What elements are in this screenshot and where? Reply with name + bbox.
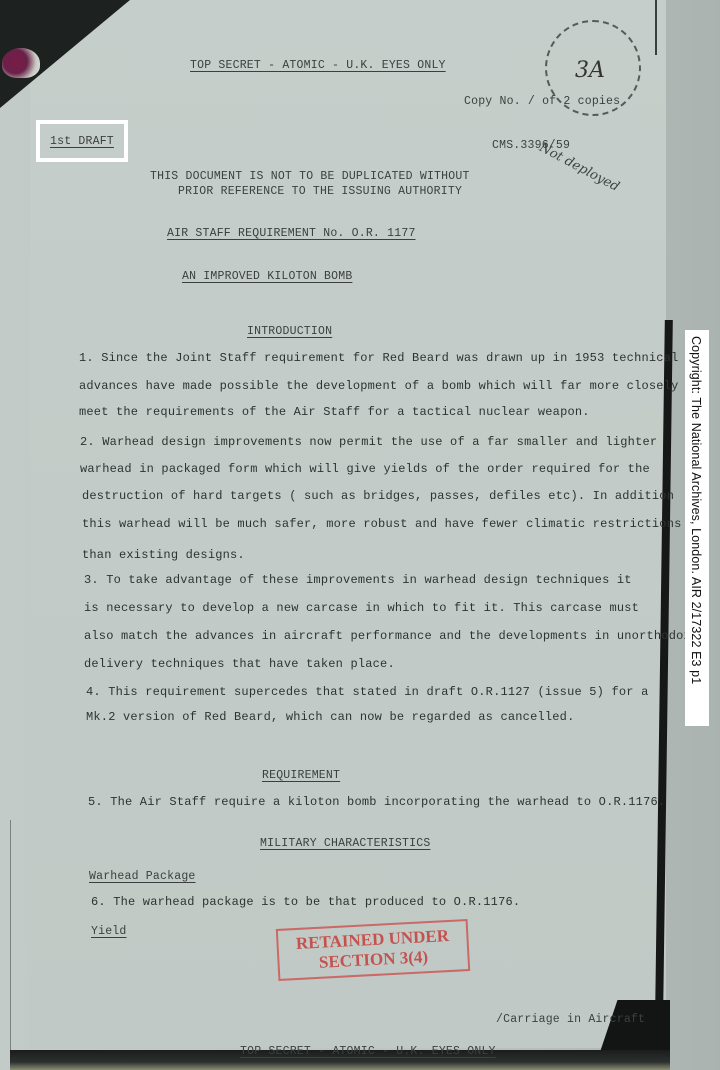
- paragraph-1-line-2: advances have made possible the developm…: [79, 380, 679, 392]
- page-edge-mark: [655, 0, 657, 55]
- heading-yield: Yield: [91, 926, 127, 938]
- document-title: AIR STAFF REQUIREMENT No. O.R. 1177: [167, 228, 416, 240]
- paragraph-4-line-1: 4. This requirement supercedes that stat…: [86, 686, 649, 698]
- paragraph-3-line-4: delivery techniques that have taken plac…: [84, 658, 395, 670]
- paragraph-4-line-2: Mk.2 version of Red Beard, which can now…: [86, 711, 574, 723]
- draft-highlight-box: 1st DRAFT: [36, 120, 128, 162]
- paragraph-3-line-3: also match the advances in aircraft perf…: [84, 630, 691, 642]
- paragraph-2-line-3: destruction of hard targets ( such as br…: [82, 490, 674, 502]
- paragraph-2-line-4: this warhead will be much safer, more ro…: [82, 518, 682, 530]
- paragraph-3-line-1: 3. To take advantage of these improvemen…: [84, 574, 632, 586]
- duplication-notice-line-2: PRIOR REFERENCE TO THE ISSUING AUTHORITY: [178, 186, 462, 198]
- duplication-notice-line-1: THIS DOCUMENT IS NOT TO BE DUPLICATED WI…: [150, 171, 470, 183]
- paragraph-2-line-1: 2. Warhead design improvements now permi…: [80, 436, 657, 448]
- document-subtitle: AN IMPROVED KILOTON BOMB: [182, 271, 352, 283]
- enclosure-number: 3A: [575, 58, 605, 83]
- classification-footer: TOP SECRET - ATOMIC - U.K. EYES ONLY: [240, 1046, 496, 1058]
- copyright-label: Copyright: The National Archives, London…: [685, 330, 709, 726]
- copyright-text: Copyright: The National Archives, London…: [689, 336, 703, 684]
- copy-info: Copy No. / of 2 copies: [464, 96, 620, 108]
- heading-requirement: REQUIREMENT: [262, 770, 340, 782]
- heading-warhead-package: Warhead Package: [89, 871, 196, 883]
- paragraph-5: 5. The Air Staff require a kiloton bomb …: [88, 796, 665, 808]
- paragraph-2-line-5: than existing designs.: [82, 549, 245, 561]
- paragraph-3-line-2: is necessary to develop a new carcase in…: [84, 602, 639, 614]
- continuation-catchword: /Carriage in Aircraft: [496, 1014, 645, 1026]
- heading-military-characteristics: MILITARY CHARACTERISTICS: [260, 838, 430, 850]
- paragraph-1-line-3: meet the requirements of the Air Staff f…: [79, 406, 590, 418]
- paragraph-1-line-1: 1. Since the Joint Staff requirement for…: [79, 352, 679, 364]
- classification-header: TOP SECRET - ATOMIC - U.K. EYES ONLY: [190, 60, 446, 72]
- binder-clip-icon: [2, 48, 40, 78]
- retained-under-section-stamp: RETAINED UNDER SECTION 3(4): [276, 919, 470, 981]
- page-left-line: [10, 820, 11, 1050]
- paragraph-6: 6. The warhead package is to be that pro…: [91, 896, 520, 908]
- draft-label: 1st DRAFT: [50, 136, 114, 148]
- heading-introduction: INTRODUCTION: [247, 326, 332, 338]
- paragraph-2-line-2: warhead in packaged form which will give…: [80, 463, 650, 475]
